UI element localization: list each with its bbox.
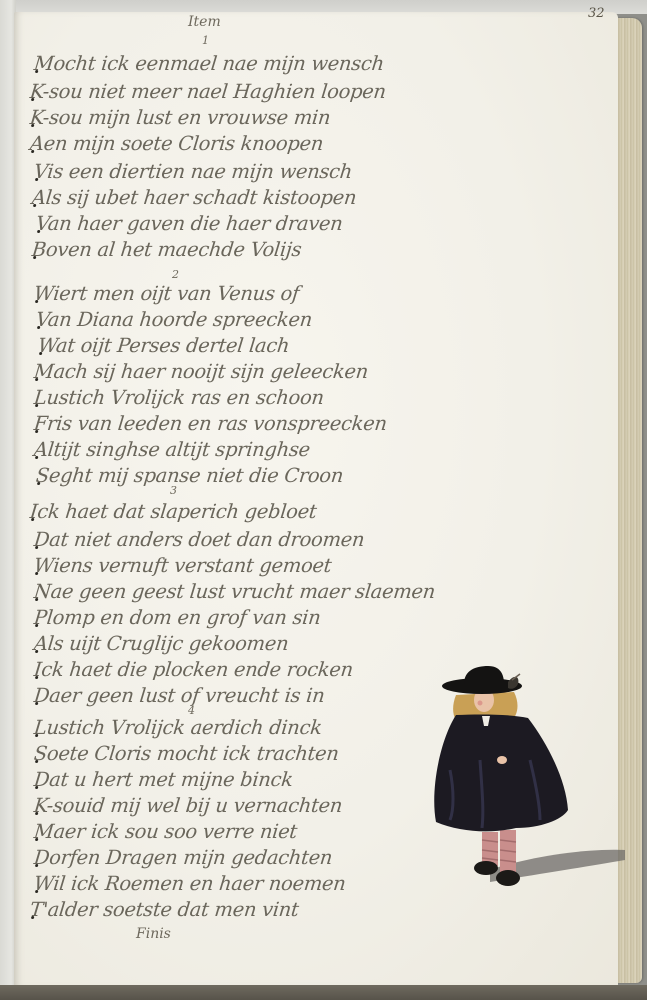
verse-line: Wat oijt Perses dertel lach — [37, 334, 291, 357]
verse-line: Dat u hert met mijne binck — [33, 768, 294, 791]
verse-line: Lustich Vrolijck aerdich dinck — [33, 716, 323, 739]
stanza-number: 1 — [202, 34, 209, 47]
verse-line: K-sou mijn lust en vrouwse min — [29, 106, 332, 129]
verse-line: Maer ick sou soo verre niet — [33, 820, 298, 843]
figure-illustration — [420, 660, 630, 900]
verse-line: T'alder soetste dat men vint — [29, 898, 300, 921]
verse-line: Lustich Vrolijck ras en schoon — [33, 386, 325, 409]
stanza-number: 2 — [172, 268, 179, 281]
verse-line: Boven al het maechde Volijs — [31, 238, 303, 261]
stanza-number: 3 — [170, 484, 177, 497]
verse-line: Ick haet die plocken ende rocken — [33, 658, 354, 681]
verse-line: Mocht ick eenmael nae mijn wensch — [33, 52, 385, 75]
poem-heading: Item — [188, 14, 221, 30]
verse-line: K-sou niet meer nael Haghien loopen — [29, 80, 387, 103]
verse-line: Dorfen Dragen mijn gedachten — [33, 846, 334, 869]
verse-line: K-souid mij wel bij u vernachten — [33, 794, 344, 817]
verse-line: Fris van leeden en ras vonspreecken — [33, 412, 388, 435]
verse-line: Als sij ubet haer schadt kistoopen — [31, 186, 358, 209]
verse-line: Plomp en dom en grof van sin — [33, 606, 322, 629]
verse-line: Wil ick Roemen en haer noemen — [33, 872, 347, 895]
verse-line: Van Diana hoorde spreecken — [35, 308, 313, 331]
verse-line: Wiert men oijt van Venus of — [33, 282, 301, 305]
verse-line: Nae geen geest lust vrucht maer slaemen — [33, 580, 436, 603]
verse-line: Mach sij haer nooijt sijn geleecken — [33, 360, 370, 383]
verse-line: Aen mijn soete Cloris knoopen — [29, 132, 325, 155]
finis-closing: Finis — [136, 926, 171, 942]
verse-line: Als uijt Cruglijc gekoomen — [33, 632, 290, 655]
verse-line: Ick haet dat slaperich gebloet — [29, 500, 318, 523]
verse-line: Seght mij spanse niet die Croon — [35, 464, 345, 487]
verse-line: Vis een diertien nae mijn wensch — [33, 160, 354, 183]
verse-line: Daer geen lust of vreucht is in — [33, 684, 326, 707]
verse-line: Van haer gaven die haer draven — [35, 212, 344, 235]
verse-line: Dat niet anders doet dan droomen — [33, 528, 366, 551]
walking-man-icon — [420, 660, 630, 900]
folio-number: 32 — [588, 6, 605, 21]
verse-line: Soete Cloris mocht ick trachten — [33, 742, 340, 765]
verse-line: Wiens vernuft verstant gemoet — [33, 554, 333, 577]
verse-line: Altijt singhse altijt springhse — [33, 438, 311, 461]
background-bottom — [0, 985, 647, 1000]
